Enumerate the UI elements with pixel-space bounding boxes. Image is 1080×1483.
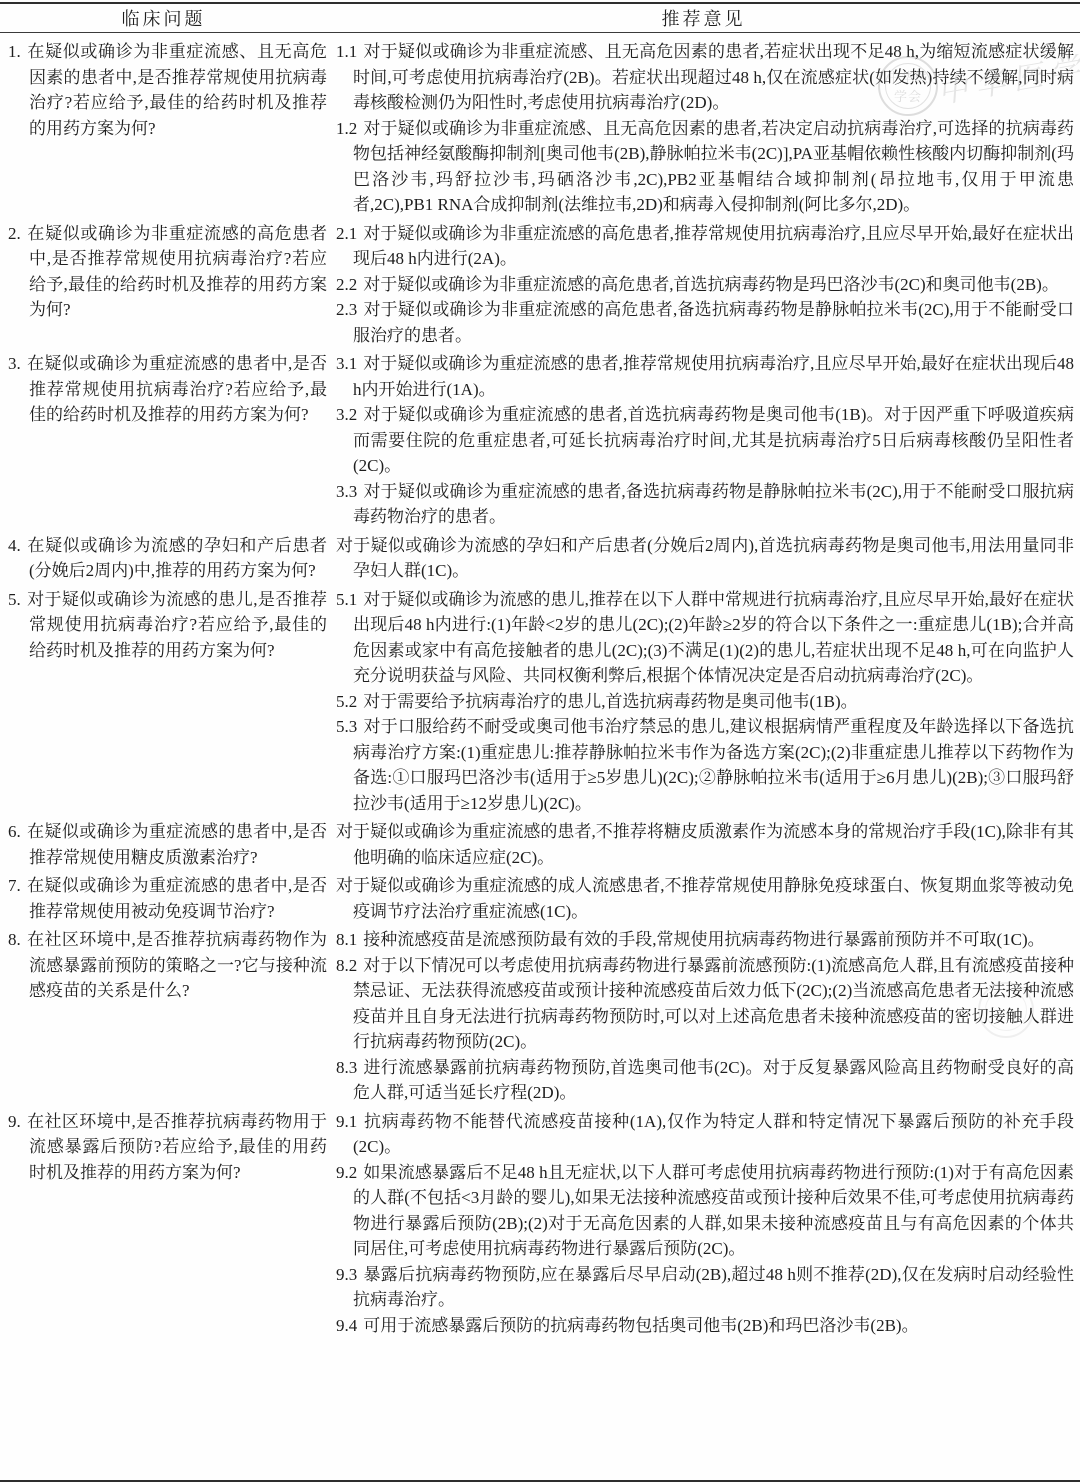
- clinical-question: 1.在疑似或确诊为非重症流感、且无高危因素的患者中,是否推荐常规使用抗病毒治疗?…: [8, 39, 327, 141]
- recommendation-item: 9.1抗病毒药物不能替代流感疫苗接种(1A),仅作为特定人群和特定情况下暴露后预…: [336, 1109, 1074, 1160]
- recommendation-number: 3.3: [336, 482, 357, 501]
- recommendation-item: 对于疑似或确诊为重症流感的患者,不推荐将糖皮质激素作为流感本身的常规治疗手段(1…: [336, 819, 1074, 870]
- clinical-question-cell: 9.在社区环境中,是否推荐抗病毒药物用于流感暴露后预防?若应给予,最佳的用药时机…: [8, 1109, 327, 1339]
- recommendations-cell: 对于疑似或确诊为流感的孕妇和产后患者(分娩后2周内),首选抗病毒药物是奥司他韦,…: [336, 533, 1074, 584]
- recommendation-item: 5.2对于需要给予抗病毒治疗的患儿,首选抗病毒药物是奥司他韦(1B)。: [336, 689, 1074, 715]
- recommendations-cell: 3.1对于疑似或确诊为重症流感的患者,推荐常规使用抗病毒治疗,且应尽早开始,最好…: [336, 351, 1074, 530]
- question-number: 4.: [8, 536, 21, 555]
- recommendation-item: 3.3对于疑似或确诊为重症流感的患者,备选抗病毒药物是静脉帕拉米韦(2C),用于…: [336, 479, 1074, 530]
- recommendation-number: 8.3: [336, 1058, 357, 1077]
- recommendation-number: 3.1: [336, 354, 357, 373]
- recommendations-cell: 对于疑似或确诊为重症流感的成人流感患者,不推荐常规使用静脉免疫球蛋白、恢复期血浆…: [336, 873, 1074, 924]
- table-row: 1.在疑似或确诊为非重症流感、且无高危因素的患者中,是否推荐常规使用抗病毒治疗?…: [0, 38, 1080, 220]
- clinical-question: 4.在疑似或确诊为流感的孕妇和产后患者(分娩后2周内)中,推荐的用药方案为何?: [8, 533, 327, 584]
- question-text: 在社区环境中,是否推荐抗病毒药物用于流感暴露后预防?若应给予,最佳的用药时机及推…: [27, 1112, 327, 1182]
- clinical-question: 5.对于疑似或确诊为流感的患儿,是否推荐常规使用抗病毒治疗?若应给予,最佳的给药…: [8, 587, 327, 664]
- recommendation-item: 9.3暴露后抗病毒药物预防,应在暴露后尽早启动(2B),超过48 h则不推荐(2…: [336, 1262, 1074, 1313]
- recommendation-number: 3.2: [336, 405, 357, 424]
- recommendation-number: 1.2: [336, 119, 357, 138]
- clinical-question-cell: 6.在疑似或确诊为重症流感的患者中,是否推荐常规使用糖皮质激素治疗?: [8, 819, 327, 870]
- clinical-question: 9.在社区环境中,是否推荐抗病毒药物用于流感暴露后预防?若应给予,最佳的用药时机…: [8, 1109, 327, 1186]
- clinical-question-cell: 2.在疑似或确诊为非重症流感的高危患者中,是否推荐常规使用抗病毒治疗?若应给予,…: [8, 221, 327, 349]
- recommendation-item: 5.1对于疑似或确诊为流感的患儿,推荐在以下人群中常规进行抗病毒治疗,且应尽早开…: [336, 587, 1074, 689]
- recommendation-number: 5.2: [336, 692, 357, 711]
- question-number: 5.: [8, 590, 21, 609]
- recommendation-number: 8.1: [336, 930, 357, 949]
- recommendations-cell: 2.1对于疑似或确诊为非重症流感的高危患者,推荐常规使用抗病毒治疗,且应尽早开始…: [336, 221, 1074, 349]
- recommendation-item: 对于疑似或确诊为重症流感的成人流感患者,不推荐常规使用静脉免疫球蛋白、恢复期血浆…: [336, 873, 1074, 924]
- question-number: 8.: [8, 930, 21, 949]
- table-row: 5.对于疑似或确诊为流感的患儿,是否推荐常规使用抗病毒治疗?若应给予,最佳的给药…: [0, 586, 1080, 819]
- clinical-question-cell: 3.在疑似或确诊为重症流感的患者中,是否推荐常规使用抗病毒治疗?若应给予,最佳的…: [8, 351, 327, 530]
- clinical-question: 8.在社区环境中,是否推荐抗病毒药物作为流感暴露前预防的策略之一?它与接种流感疫…: [8, 927, 327, 1004]
- clinical-question-cell: 5.对于疑似或确诊为流感的患儿,是否推荐常规使用抗病毒治疗?若应给予,最佳的给药…: [8, 587, 327, 817]
- table-body: 1.在疑似或确诊为非重症流感、且无高危因素的患者中,是否推荐常规使用抗病毒治疗?…: [0, 33, 1080, 1340]
- table-row: 9.在社区环境中,是否推荐抗病毒药物用于流感暴露后预防?若应给予,最佳的用药时机…: [0, 1108, 1080, 1341]
- recommendations-cell: 对于疑似或确诊为重症流感的患者,不推荐将糖皮质激素作为流感本身的常规治疗手段(1…: [336, 819, 1074, 870]
- table-row: 8.在社区环境中,是否推荐抗病毒药物作为流感暴露前预防的策略之一?它与接种流感疫…: [0, 926, 1080, 1108]
- recommendation-number: 5.3: [336, 717, 357, 736]
- recommendations-cell: 8.1接种流感疫苗是流感预防最有效的手段,常规使用抗病毒药物进行暴露前预防并不可…: [336, 927, 1074, 1106]
- guideline-recommendation-table: 临床问题 推荐意见 1.在疑似或确诊为非重症流感、且无高危因素的患者中,是否推荐…: [0, 0, 1080, 1483]
- recommendation-item: 9.2如果流感暴露后不足48 h且无症状,以下人群可考虑使用抗病毒药物进行预防:…: [336, 1160, 1074, 1262]
- table-row: 4.在疑似或确诊为流感的孕妇和产后患者(分娩后2周内)中,推荐的用药方案为何? …: [0, 532, 1080, 586]
- recommendations-cell: 5.1对于疑似或确诊为流感的患儿,推荐在以下人群中常规进行抗病毒治疗,且应尽早开…: [336, 587, 1074, 817]
- column-header-recommendation: 推荐意见: [327, 5, 1080, 31]
- recommendation-item: 1.2对于疑似或确诊为非重症流感、且无高危因素的患者,若决定启动抗病毒治疗,可选…: [336, 116, 1074, 218]
- table-header-row: 临床问题 推荐意见: [0, 4, 1080, 33]
- question-text: 在社区环境中,是否推荐抗病毒药物作为流感暴露前预防的策略之一?它与接种流感疫苗的…: [27, 930, 327, 1000]
- recommendation-item: 2.1对于疑似或确诊为非重症流感的高危患者,推荐常规使用抗病毒治疗,且应尽早开始…: [336, 221, 1074, 272]
- question-number: 7.: [8, 876, 21, 895]
- question-text: 对于疑似或确诊为流感的患儿,是否推荐常规使用抗病毒治疗?若应给予,最佳的给药时机…: [27, 590, 327, 660]
- recommendation-item: 3.2对于疑似或确诊为重症流感的患者,首选抗病毒药物是奥司他韦(1B)。对于因严…: [336, 402, 1074, 479]
- question-text: 在疑似或确诊为重症流感的患者中,是否推荐常规使用糖皮质激素治疗?: [27, 822, 327, 867]
- question-text: 在疑似或确诊为重症流感的患者中,是否推荐常规使用被动免疫调节治疗?: [27, 876, 327, 921]
- question-text: 在疑似或确诊为重症流感的患者中,是否推荐常规使用抗病毒治疗?若应给予,最佳的给药…: [27, 354, 327, 424]
- recommendations-cell: 1.1对于疑似或确诊为非重症流感、且无高危因素的患者,若症状出现不足48 h,为…: [336, 39, 1074, 218]
- recommendation-item: 对于疑似或确诊为流感的孕妇和产后患者(分娩后2周内),首选抗病毒药物是奥司他韦,…: [336, 533, 1074, 584]
- recommendation-item: 8.3进行流感暴露前抗病毒药物预防,首选奥司他韦(2C)。对于反复暴露风险高且药…: [336, 1055, 1074, 1106]
- table-row: 7.在疑似或确诊为重症流感的患者中,是否推荐常规使用被动免疫调节治疗? 对于疑似…: [0, 872, 1080, 926]
- recommendation-number: 2.3: [336, 300, 357, 319]
- question-number: 3.: [8, 354, 21, 373]
- recommendation-number: 9.1: [336, 1112, 357, 1131]
- table-row: 6.在疑似或确诊为重症流感的患者中,是否推荐常规使用糖皮质激素治疗? 对于疑似或…: [0, 818, 1080, 872]
- recommendation-number: 9.3: [336, 1265, 357, 1284]
- recommendations-cell: 9.1抗病毒药物不能替代流感疫苗接种(1A),仅作为特定人群和特定情况下暴露后预…: [336, 1109, 1074, 1339]
- recommendation-number: 5.1: [336, 590, 357, 609]
- recommendation-number: 9.4: [336, 1316, 357, 1335]
- clinical-question: 6.在疑似或确诊为重症流感的患者中,是否推荐常规使用糖皮质激素治疗?: [8, 819, 327, 870]
- recommendation-item: 2.2对于疑似或确诊为非重症流感的高危患者,首选抗病毒药物是玛巴洛沙韦(2C)和…: [336, 272, 1074, 298]
- clinical-question: 7.在疑似或确诊为重症流感的患者中,是否推荐常规使用被动免疫调节治疗?: [8, 873, 327, 924]
- recommendation-item: 9.4可用于流感暴露后预防的抗病毒药物包括奥司他韦(2B)和玛巴洛沙韦(2B)。: [336, 1313, 1074, 1339]
- recommendation-item: 5.3对于口服给药不耐受或奥司他韦治疗禁忌的患儿,建议根据病情严重程度及年龄选择…: [336, 714, 1074, 816]
- table-bottom-rule: [0, 1480, 1080, 1483]
- recommendation-item: 8.2对于以下情况可以考虑使用抗病毒药物进行暴露前流感预防:(1)流感高危人群,…: [336, 953, 1074, 1055]
- clinical-question: 3.在疑似或确诊为重症流感的患者中,是否推荐常规使用抗病毒治疗?若应给予,最佳的…: [8, 351, 327, 428]
- question-text: 在疑似或确诊为流感的孕妇和产后患者(分娩后2周内)中,推荐的用药方案为何?: [27, 536, 327, 581]
- question-number: 6.: [8, 822, 21, 841]
- table-row: 3.在疑似或确诊为重症流感的患者中,是否推荐常规使用抗病毒治疗?若应给予,最佳的…: [0, 350, 1080, 532]
- recommendation-item: 8.1接种流感疫苗是流感预防最有效的手段,常规使用抗病毒药物进行暴露前预防并不可…: [336, 927, 1074, 953]
- recommendation-item: 2.3对于疑似或确诊为非重症流感的高危患者,备选抗病毒药物是静脉帕拉米韦(2C)…: [336, 297, 1074, 348]
- recommendation-item: 3.1对于疑似或确诊为重症流感的患者,推荐常规使用抗病毒治疗,且应尽早开始,最好…: [336, 351, 1074, 402]
- recommendation-number: 2.2: [336, 275, 357, 294]
- clinical-question-cell: 8.在社区环境中,是否推荐抗病毒药物作为流感暴露前预防的策略之一?它与接种流感疫…: [8, 927, 327, 1106]
- clinical-question-cell: 4.在疑似或确诊为流感的孕妇和产后患者(分娩后2周内)中,推荐的用药方案为何?: [8, 533, 327, 584]
- question-number: 1.: [8, 42, 21, 61]
- table-row: 2.在疑似或确诊为非重症流感的高危患者中,是否推荐常规使用抗病毒治疗?若应给予,…: [0, 220, 1080, 351]
- clinical-question-cell: 1.在疑似或确诊为非重症流感、且无高危因素的患者中,是否推荐常规使用抗病毒治疗?…: [8, 39, 327, 218]
- table-top-rule: [0, 2, 1080, 4]
- question-text: 在疑似或确诊为非重症流感的高危患者中,是否推荐常规使用抗病毒治疗?若应给予,最佳…: [27, 224, 327, 320]
- question-number: 2.: [8, 224, 21, 243]
- recommendation-number: 8.2: [336, 956, 357, 975]
- clinical-question: 2.在疑似或确诊为非重症流感的高危患者中,是否推荐常规使用抗病毒治疗?若应给予,…: [8, 221, 327, 323]
- recommendation-number: 9.2: [336, 1163, 357, 1182]
- question-text: 在疑似或确诊为非重症流感、且无高危因素的患者中,是否推荐常规使用抗病毒治疗?若应…: [27, 42, 327, 138]
- recommendation-item: 1.1对于疑似或确诊为非重症流感、且无高危因素的患者,若症状出现不足48 h,为…: [336, 39, 1074, 116]
- clinical-question-cell: 7.在疑似或确诊为重症流感的患者中,是否推荐常规使用被动免疫调节治疗?: [8, 873, 327, 924]
- recommendation-number: 1.1: [336, 42, 357, 61]
- column-header-clinical-question: 临床问题: [0, 5, 327, 31]
- question-number: 9.: [8, 1112, 21, 1131]
- recommendation-number: 2.1: [336, 224, 357, 243]
